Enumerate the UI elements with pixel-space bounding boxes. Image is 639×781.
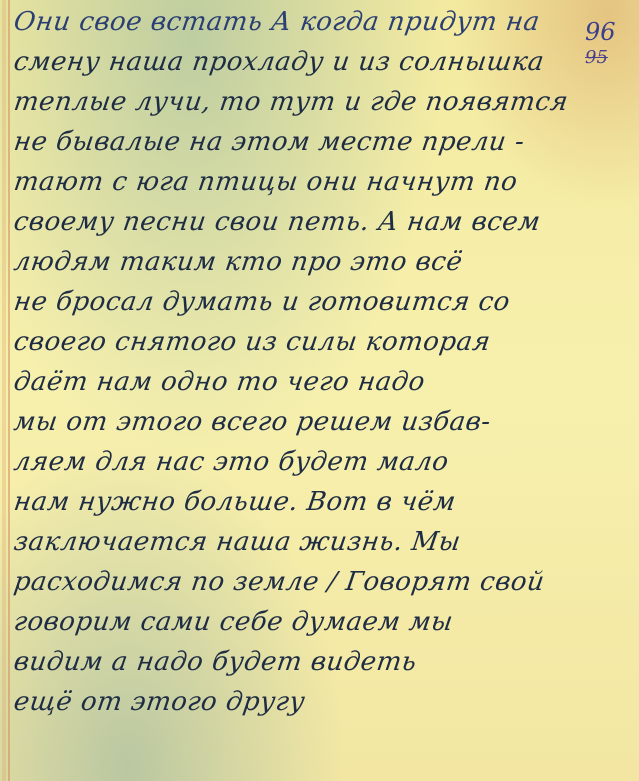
text-line: мы от этого всего решем избав- — [11, 402, 632, 442]
text-line: не бросал думать и готовится со — [11, 282, 632, 322]
text-line: людям таким кто про это всё — [11, 242, 632, 282]
text-line: своему песни свои петь. А нам всем — [11, 202, 632, 242]
page-edge-stain — [2, 0, 6, 781]
text-line: не бывалые на этом месте прели - — [11, 122, 632, 162]
text-line: даёт нам одно то чего надо — [11, 362, 632, 402]
text-line: ляем для нас это будет мало — [11, 442, 632, 482]
margin-line — [8, 0, 10, 781]
text-line: смену наша прохладу и из солнышка — [11, 42, 632, 82]
text-line: своего снятого из силы которая — [11, 322, 632, 362]
text-line: теплые лучи, то тут и где появятся — [11, 82, 632, 122]
text-line: видим а надо будет видеть — [11, 642, 632, 682]
text-line: заключается наша жизнь. Мы — [11, 522, 632, 562]
text-line: говорим сами себе думаем мы — [11, 602, 632, 642]
text-line: Они свое встать А когда придут на — [11, 2, 632, 42]
text-line: нам нужно больше. Вот в чём — [11, 482, 632, 522]
handwritten-text: Они свое встать А когда придут на смену … — [14, 2, 629, 722]
manuscript-page: 96 95 Они свое встать А когда придут на … — [0, 0, 639, 781]
text-line: тают с юга птицы они начнут по — [11, 162, 632, 202]
text-line: расходимся по земле / Говорят свой — [11, 562, 632, 602]
text-line: ещё от этого другу — [11, 682, 632, 722]
